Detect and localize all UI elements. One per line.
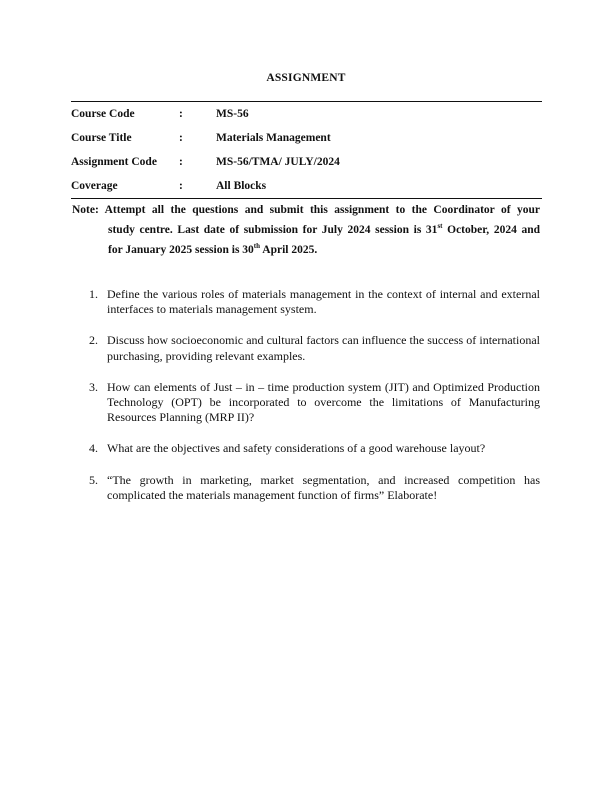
meta-value: MS-56 <box>216 108 249 120</box>
question-item: 1. Define the various roles of materials… <box>89 287 540 317</box>
meta-separator: : <box>179 156 216 168</box>
question-number: 1. <box>89 287 107 317</box>
question-item: 3. How can elements of Just – in – time … <box>89 380 540 426</box>
question-text: Define the various roles of materials ma… <box>107 287 540 317</box>
meta-separator: : <box>179 132 216 144</box>
question-text: “The growth in marketing, market segment… <box>107 473 540 503</box>
question-item: 2. Discuss how socioeconomic and cultura… <box>89 333 540 363</box>
question-item: 4. What are the objectives and safety co… <box>89 441 540 456</box>
question-text: Discuss how socioeconomic and cultural f… <box>107 333 540 363</box>
question-number: 3. <box>89 380 107 426</box>
meta-label: Assignment Code <box>71 156 179 168</box>
submission-note: Note: Attempt all the questions and subm… <box>72 200 540 260</box>
question-text: How can elements of Just – in – time pro… <box>107 380 540 426</box>
meta-separator: : <box>179 180 216 192</box>
assignment-code-row: Assignment Code : MS-56/TMA/ JULY/2024 <box>71 150 542 174</box>
note-line-2: study centre. Last date of submission fo… <box>108 220 540 240</box>
meta-label: Coverage <box>71 180 179 192</box>
note-line-1: Note: Attempt all the questions and subm… <box>72 200 540 220</box>
meta-label: Course Code <box>71 108 179 120</box>
course-details-table: Course Code : MS-56 Course Title : Mater… <box>71 101 542 199</box>
question-number: 5. <box>89 473 107 503</box>
meta-separator: : <box>179 108 216 120</box>
coverage-row: Coverage : All Blocks <box>71 174 542 198</box>
note-line-3: for January 2025 session is 30th April 2… <box>108 240 540 260</box>
course-title-row: Course Title : Materials Management <box>71 126 542 150</box>
question-number: 2. <box>89 333 107 363</box>
meta-label: Course Title <box>71 132 179 144</box>
course-code-row: Course Code : MS-56 <box>71 102 542 126</box>
question-list: 1. Define the various roles of materials… <box>89 287 540 519</box>
meta-value: MS-56/TMA/ JULY/2024 <box>216 156 340 168</box>
meta-value: Materials Management <box>216 132 331 144</box>
question-text: What are the objectives and safety consi… <box>107 441 540 456</box>
question-item: 5. “The growth in marketing, market segm… <box>89 473 540 503</box>
page-title: ASSIGNMENT <box>0 72 612 84</box>
meta-value: All Blocks <box>216 180 266 192</box>
question-number: 4. <box>89 441 107 456</box>
